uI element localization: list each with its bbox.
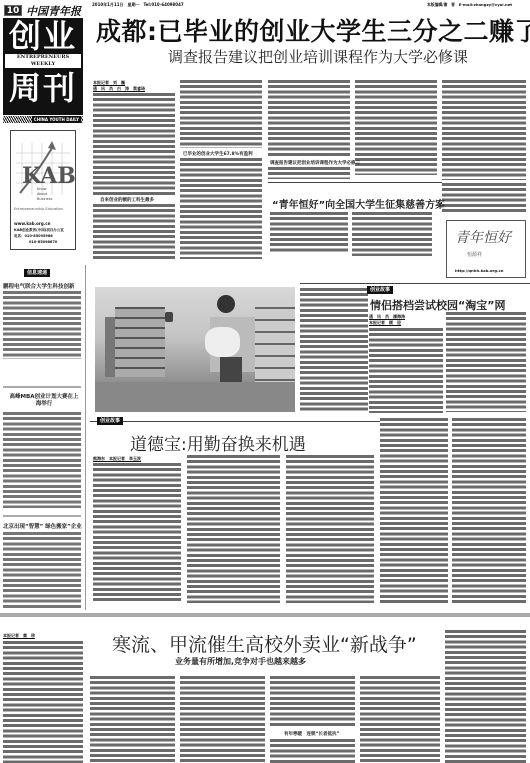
page-number: 10: [4, 5, 22, 16]
section-title-2: 周刊: [3, 68, 83, 108]
virtue-headline: 道德宝:用勤奋换来机遇: [130, 430, 306, 455]
kab-footer: Entrepreneurship Education: [14, 207, 63, 211]
section-subtitle: CHINA YOUTH DAILY: [3, 116, 83, 123]
editor-line: 本版编辑/谢 晋 E-mail:zhangzy@cyol.net: [427, 2, 512, 8]
section-title-en: ENTREPRENEURS WEEKLY: [5, 54, 81, 68]
feature-photo[interactable]: [95, 287, 295, 412]
campus-col-2: [446, 312, 526, 412]
campus-col-1: [369, 328, 443, 413]
main-col-3b: [268, 167, 350, 179]
virtue-col-1: [93, 463, 181, 603]
main-subhead-1: 自来创业的额的工科生最多: [100, 197, 154, 203]
charity-col-2: [352, 212, 432, 256]
winter-headline: 寒流、甲流催生高校外卖业“新战争”: [112, 630, 417, 657]
brief-body-2: [3, 412, 81, 508]
brief-title-2: 高峰MBA创业计划大赛在上海举行: [8, 394, 80, 408]
divider: [3, 515, 81, 517]
winter-byline: 本报记者 秦 珍: [3, 633, 35, 639]
section-masthead: 创业 ENTREPRENEURS WEEKLY 周刊: [3, 18, 83, 115]
kab-contact: KAB创业教育(中国)项目办公室: [14, 228, 64, 233]
main-col-1b: [93, 204, 175, 259]
main-col-2: [180, 80, 262, 148]
winter-col-6: [445, 630, 526, 763]
kab-tagline: KnowAboutBusiness: [37, 187, 52, 202]
section-title-1: 创业: [3, 18, 83, 54]
kab-phone-1: 电话：010-85095986: [14, 234, 53, 239]
winter-subhead-2: 有年寒暖 连锁“长者抵抗”: [284, 731, 339, 737]
main-col-3: [268, 80, 350, 158]
main-col-5: [442, 80, 526, 180]
left-column-rule: [85, 265, 86, 610]
main-col-2b: [180, 158, 262, 259]
main-subhead-3: 调查报告建议把创业培训课程作为大学必修课: [270, 160, 360, 166]
charity-col-1: [270, 212, 348, 252]
campus-col-3: [380, 418, 448, 603]
winter-col-4: [270, 676, 355, 726]
brief-body-3: [3, 532, 81, 610]
winter-col-3: [180, 676, 265, 763]
kab-ad: KAB KnowAboutBusiness Entrepreneurship E…: [10, 130, 76, 250]
charity-logo-sub: 恒源祥: [467, 251, 482, 258]
rule: [90, 421, 380, 422]
virtue-col-3: [286, 455, 374, 603]
charity-col-3: [442, 183, 526, 213]
main-headline: 成都:已毕业的创业大学生三分之二赚了: [96, 12, 530, 48]
charity-url: http://qnhh.kab.org.cn: [455, 268, 503, 273]
svg-text:KAB: KAB: [22, 163, 76, 189]
rule: [300, 283, 530, 284]
kab-url: www.kab.org.cn: [14, 221, 50, 226]
brief-body-1: [3, 291, 81, 359]
main-byline-2: 通 讯 员 白 涛 蔡睿琦: [93, 86, 145, 92]
main-subhead-2: 已毕业的创业大学生67.8%有盈利: [183, 151, 253, 157]
winter-col-2: [90, 676, 175, 763]
campus-intro: [300, 288, 368, 413]
divider: [3, 386, 81, 388]
charity-headline: “青年恒好”向全国大学生征集慈善方案: [272, 196, 445, 211]
date-line: 2010年1月11日 星期一 Tel:010-64098047: [92, 2, 184, 8]
charity-logo: 青年恒好: [455, 227, 511, 247]
main-col-4: [355, 80, 437, 175]
campus-col-4: [452, 418, 526, 603]
winter-subheadline: 业务量有所增加,竞争对手也越来越多: [175, 656, 306, 667]
campus-tag: 创业故事: [367, 286, 393, 294]
section-divider: [0, 613, 530, 617]
brief-title-3: 北京出现“智慧” 绿色搬家”企业: [3, 522, 82, 530]
main-col-1: [93, 93, 175, 196]
kab-phone-2: 010-85098670: [29, 240, 57, 244]
winter-col-5: [360, 676, 440, 763]
main-subheadline: 调查报告建议把创业培训课程作为大学必修课: [168, 46, 468, 67]
campus-headline: 情侣搭档尝试校园“淘宝”网: [370, 297, 505, 313]
virtue-tag: 创业故事: [97, 417, 123, 425]
campus-byline-2: 本报记者 顾 迎: [369, 320, 401, 326]
virtue-byline: 熊海东 本报记者 李玉波: [93, 456, 141, 462]
winter-col-4b: [270, 739, 355, 763]
news-brief-tag: 信息速递: [24, 269, 50, 277]
virtue-col-2: [187, 455, 280, 603]
winter-col-1: [3, 641, 83, 763]
rule: [268, 182, 442, 183]
charity-logo-box: 青年恒好 恒源祥 http://qnhh.kab.org.cn: [446, 220, 526, 278]
brief-title-1: 鹏程电气联合大学生科技创新: [3, 282, 75, 290]
